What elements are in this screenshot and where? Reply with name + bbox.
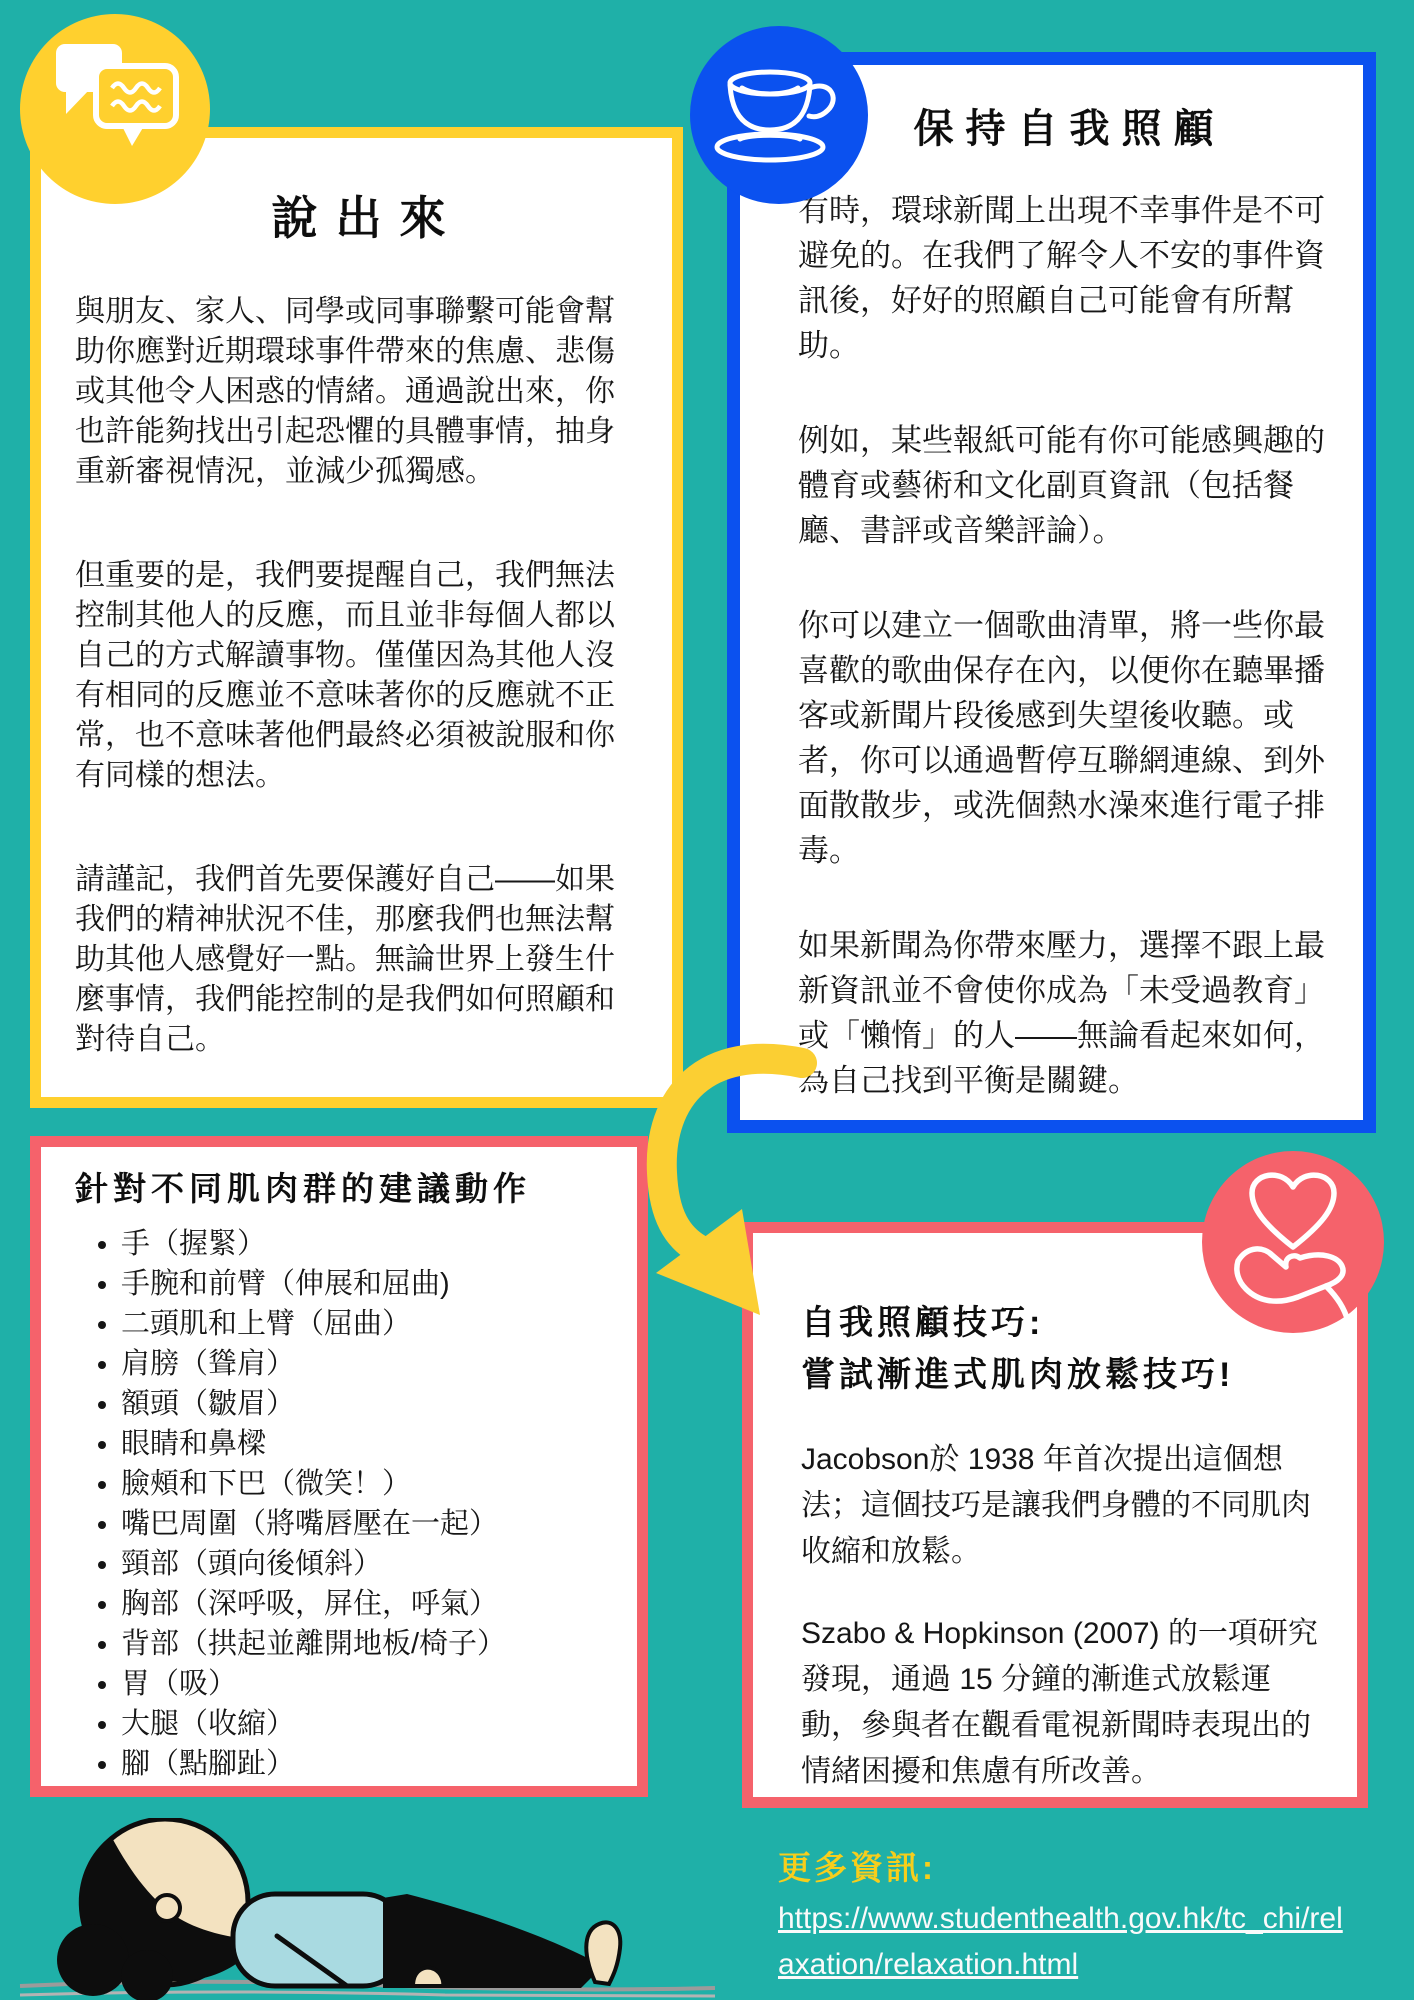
self-care-title: 保持自我照顧 <box>798 97 1329 154</box>
self-care-paragraph: 例如，某些報紙可能有你可能感興趣的體育或藝術和文化副頁資訊（包括餐廳、書評或音樂… <box>798 418 1329 553</box>
speak-out-paragraph: 但重要的是，我們要提醒自己，我們無法控制其他人的反應，而且並非每個人都以自己的方… <box>75 556 642 796</box>
yellow-badge <box>20 14 210 204</box>
more-info-label: 更多資訊: <box>778 1842 936 1889</box>
red-badge <box>1202 1151 1384 1333</box>
list-item: 大腿（收縮） <box>121 1704 619 1744</box>
self-care-paragraph: 有時，環球新聞上出現不幸事件是不可避免的。在我們了解令人不安的事件資訊後，好好的… <box>798 188 1329 368</box>
hand-holding-heart-icon <box>1202 1151 1384 1333</box>
list-item: 頸部（頭向後傾斜） <box>121 1544 619 1584</box>
speak-out-card: 說出來 與朋友、家人、同學或同事聯繫可能會幫助你應對近期環球事件帶來的焦慮、悲傷… <box>30 127 683 1108</box>
curved-arrow-down <box>530 985 830 1315</box>
infographic-poster: 說出來 與朋友、家人、同學或同事聯繫可能會幫助你應對近期環球事件帶來的焦慮、悲傷… <box>0 0 1414 2000</box>
self-care-paragraph: 如果新聞為你帶來壓力，選擇不跟上最新資訊並不會使你成為「未受過教育」或「懶惰」的… <box>798 923 1329 1103</box>
self-care-paragraph: 你可以建立一個歌曲清單，將一些你最喜歡的歌曲保存在內，以便你在聽畢播客或新聞片段… <box>798 603 1329 873</box>
speech-bubbles-icon <box>20 14 210 204</box>
list-item: 額頭（皺眉） <box>121 1384 619 1424</box>
technique-paragraph: Szabo & Hopkinson (2007) 的一項研究發現，通過 15 分… <box>801 1611 1331 1795</box>
list-item: 臉頰和下巴（微笑！） <box>121 1464 619 1504</box>
list-item: 腳（點腳趾） <box>121 1744 619 1784</box>
person-lying-down-illustration <box>15 1818 715 2000</box>
list-item: 胸部（深呼吸，屏住，呼氣） <box>121 1584 619 1624</box>
list-item: 背部（拱起並離開地板/椅子） <box>121 1624 619 1664</box>
teacup-icon <box>690 26 868 204</box>
technique-title-line1: 自我照顧技巧: <box>801 1304 1044 1342</box>
more-info-link[interactable]: https://www.studenthealth.gov.hk/tc_chi/… <box>778 1896 1354 1988</box>
blue-badge <box>690 26 868 204</box>
list-item: 肩膀（聳肩） <box>121 1344 619 1384</box>
self-care-card: 保持自我照顧 有時，環球新聞上出現不幸事件是不可避免的。在我們了解令人不安的事件… <box>727 52 1376 1133</box>
technique-paragraph: Jacobson於 1938 年首次提出這個想法；這個技巧是讓我們身體的不同肌肉… <box>801 1437 1331 1575</box>
speak-out-paragraph: 與朋友、家人、同學或同事聯繫可能會幫助你應對近期環球事件帶來的焦慮、悲傷或其他令… <box>75 292 642 492</box>
list-item: 胃（吸） <box>121 1664 619 1704</box>
list-item: 嘴巴周圍（將嘴唇壓在一起） <box>121 1504 619 1544</box>
technique-title-line2: 嘗試漸進式肌肉放鬆技巧! <box>801 1356 1234 1394</box>
list-item: 眼睛和鼻樑 <box>121 1424 619 1464</box>
